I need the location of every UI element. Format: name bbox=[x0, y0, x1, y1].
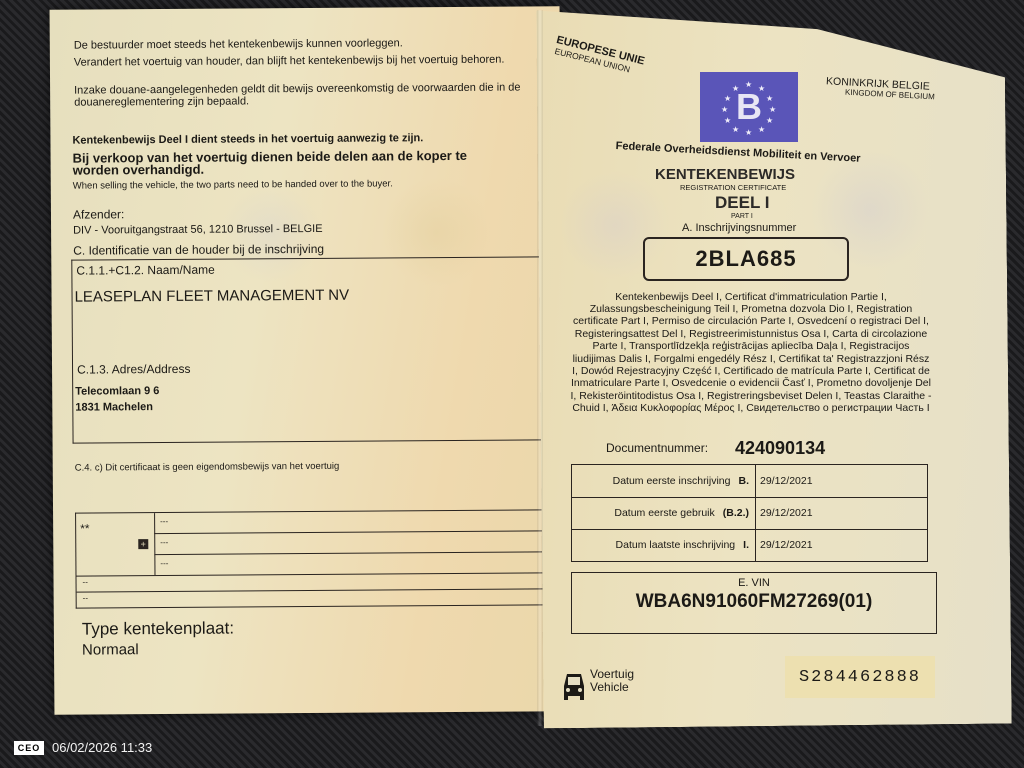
grid-cell: -- bbox=[83, 578, 88, 587]
page-fold bbox=[537, 10, 543, 726]
date-label: Datum eerste gebruik bbox=[614, 507, 714, 519]
photo-timestamp: CEO 06/02/2026 11:33 bbox=[14, 740, 152, 755]
plate-type-value: Normaal bbox=[82, 641, 139, 658]
date-code: (B.2.) bbox=[723, 507, 749, 519]
multilingual-title: Kentekenbewijs Deel I, Certificat d'imma… bbox=[570, 291, 932, 415]
date-value: 29/12/2021 bbox=[756, 529, 813, 561]
plate-type-label: Type kentekenplaat: bbox=[82, 619, 234, 640]
holder-section-title: C. Identificatie van de houder bij de in… bbox=[73, 243, 324, 258]
document-number-label: Documentnummer: bbox=[606, 441, 708, 455]
vehicle-label-nl: Voertuig bbox=[590, 668, 634, 680]
date-label: Datum laatste inschrijving bbox=[616, 539, 736, 551]
serial-number: S284462888 bbox=[785, 656, 935, 698]
reg-number-label: A. Inschrijvingsnummer bbox=[682, 222, 796, 234]
address-line-2: 1831 Machelen bbox=[75, 401, 153, 414]
vehicle-label-en: Vehicle bbox=[590, 681, 629, 693]
doc-title-en: REGISTRATION CERTIFICATE bbox=[680, 183, 786, 192]
grid-cell: --- bbox=[160, 559, 168, 568]
sender-label: Afzender: bbox=[73, 208, 124, 221]
date-code: B. bbox=[739, 475, 750, 487]
photo-datetime: 06/02/2026 11:33 bbox=[52, 740, 152, 755]
dates-table: Datum eerste inschrijvingB. 29/12/2021 D… bbox=[571, 464, 928, 562]
vin-value: WBA6N91060FM27269(01) bbox=[572, 591, 936, 613]
ceo-badge-icon: CEO bbox=[14, 741, 44, 755]
holder-name: LEASEPLAN FLEET MANAGEMENT NV bbox=[74, 287, 349, 306]
doc-title-nl: KENTEKENBEWIJS bbox=[655, 166, 795, 183]
table-row: Datum eerste gebruik(B.2.) 29/12/2021 bbox=[572, 497, 927, 530]
date-code: I. bbox=[743, 539, 749, 551]
date-label: Datum eerste inschrijving bbox=[613, 475, 731, 487]
sale-notice-en: When selling the vehicle, the two parts … bbox=[73, 177, 543, 191]
notice-customs: Inzake douane-aangelegenheden geldt dit … bbox=[74, 81, 544, 108]
car-icon bbox=[562, 668, 586, 706]
remarks-grid: ** + --- --- --- -- -- bbox=[75, 509, 563, 608]
notice-owner-change: Verandert het voertuig van houder, dan b… bbox=[74, 54, 514, 69]
plus-icon: + bbox=[138, 539, 148, 549]
address-line-1: Telecomlaan 9 6 bbox=[75, 385, 159, 398]
notice-keep-in-vehicle: Kentekenbewijs Deel I dient steeds in he… bbox=[72, 131, 542, 146]
grid-cell: --- bbox=[160, 538, 168, 547]
sale-notice-nl: Bij verkoop van het voertuig dienen beid… bbox=[73, 150, 493, 177]
grid-cell: --- bbox=[160, 517, 168, 526]
address-label: C.1.3. Adres/Address bbox=[77, 363, 190, 377]
grid-marker: ** bbox=[80, 522, 89, 536]
table-row: Datum laatste inschrijvingI. 29/12/2021 bbox=[572, 529, 927, 561]
sender-value: DIV - Vooruitgangstraat 56, 1210 Brussel… bbox=[73, 223, 323, 237]
name-label: C.1.1.+C1.2. Naam/Name bbox=[76, 264, 214, 278]
part-en: PART I bbox=[731, 213, 753, 220]
notice-present-certificate: De bestuurder moet steeds het kentekenbe… bbox=[74, 36, 544, 51]
part-nl: DEEL I bbox=[715, 193, 769, 213]
holder-box: C.1.1.+C1.2. Naam/Name LEASEPLAN FLEET M… bbox=[71, 256, 561, 443]
left-page: De bestuurder moet steeds het kentekenbe… bbox=[50, 6, 565, 715]
registration-number: 2BLA685 bbox=[643, 237, 849, 281]
vin-label: E. VIN bbox=[572, 577, 936, 589]
document-number: 424090134 bbox=[735, 438, 825, 459]
date-value: 29/12/2021 bbox=[756, 465, 813, 497]
ownership-note: C.4. c) Dit certificaat is geen eigendom… bbox=[75, 461, 340, 474]
date-value: 29/12/2021 bbox=[756, 497, 813, 529]
table-row: Datum eerste inschrijvingB. 29/12/2021 bbox=[572, 465, 927, 498]
grid-cell: -- bbox=[83, 594, 88, 603]
vin-box: E. VIN WBA6N91060FM27269(01) bbox=[571, 572, 937, 634]
eu-stars-icon: ★★★ ★★★ ★★★ ★★★ bbox=[700, 72, 798, 142]
eu-flag: ★★★ ★★★ ★★★ ★★★ B bbox=[700, 72, 798, 142]
